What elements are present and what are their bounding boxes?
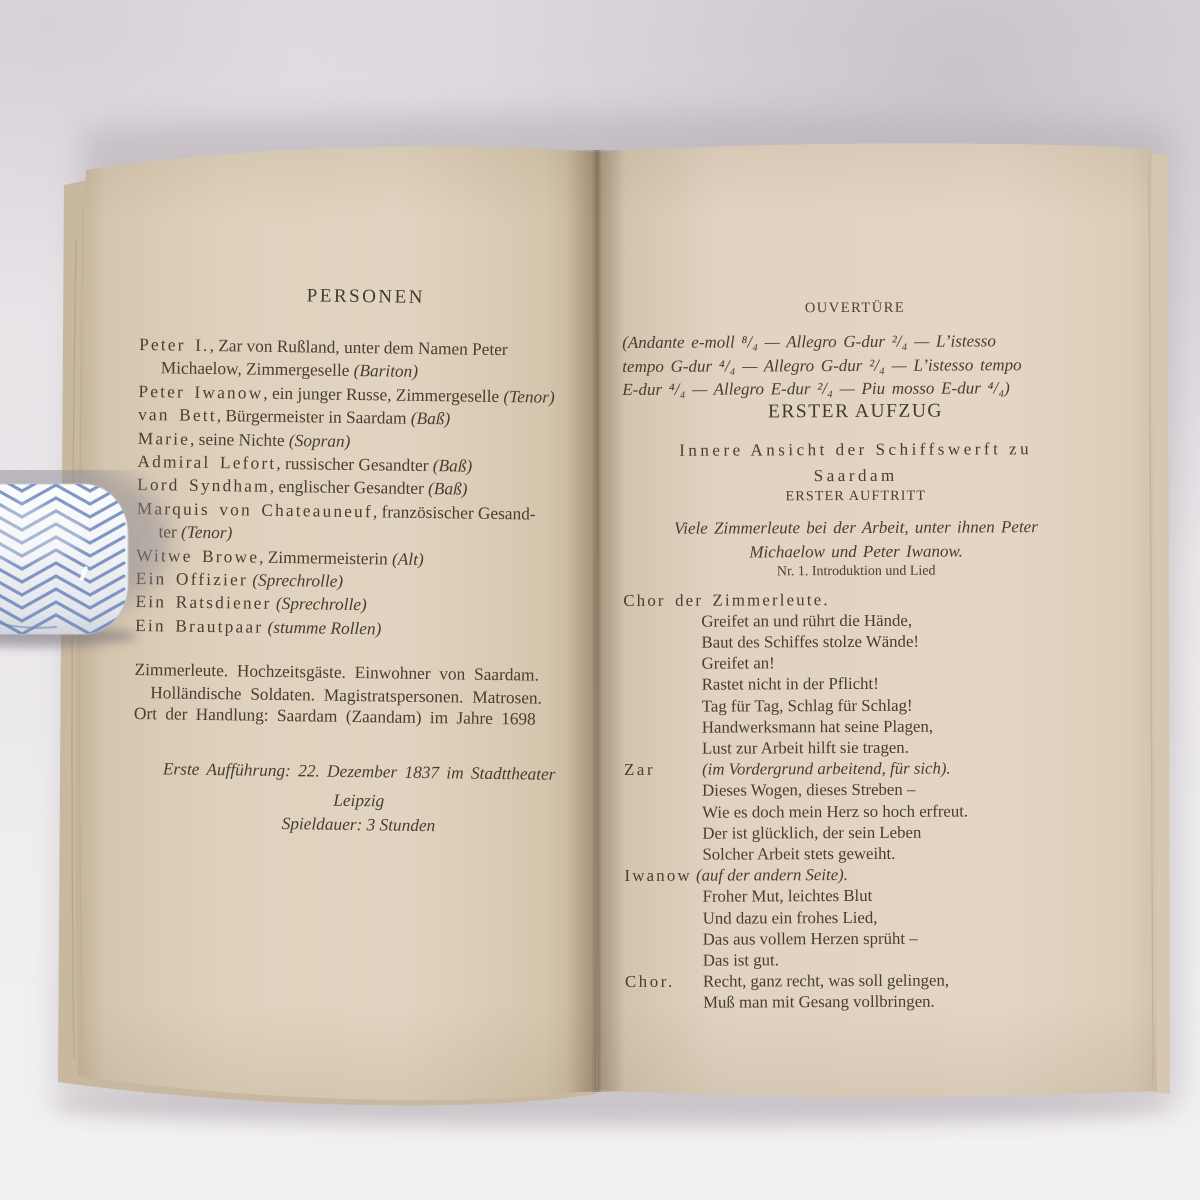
overture-line: tempo G-dur ⁴/₄ — Allegro G-dur ²/₄ — L’…	[622, 352, 1088, 378]
voice-type: (Baß)	[428, 479, 468, 499]
verse-line: Baut des Schiffes stolze Wände!	[623, 630, 1089, 653]
stage-direction-inline: (auf der andern Seite).	[696, 865, 848, 885]
overture-line: E-dur ⁴/₄ — Allegro E-dur ²/₄ — Piu moss…	[622, 376, 1088, 402]
speaker-label: Zar(im Vordergrund arbeitend, für sich).	[624, 757, 1090, 780]
overture-tempi: (Andante e-moll ⁸/₄ — Allegro G-dur ²/₄ …	[622, 329, 1088, 402]
libretto-verse: Chor der Zimmerleute. Greifet an und rüh…	[623, 587, 1091, 1013]
voice-type: (stumme Rollen)	[267, 618, 381, 639]
speaker-label: Chor der Zimmerleute.	[623, 587, 1089, 610]
role-name: Peter I.	[139, 335, 210, 355]
scene-description: Innere Ansicht der Schiffswerft zu Saard…	[623, 435, 1089, 489]
verse-line: Lust zur Arbeit hilft sie tragen.	[624, 736, 1090, 759]
verse-line: Froher Mut, leichtes Blut	[625, 884, 1091, 907]
verse-line: Greifet an und rührt die Hände,	[623, 609, 1089, 632]
right-page-text: OUVERTÜRE (Andante e-moll ⁸/₄ — Allegro …	[622, 299, 1091, 1014]
voice-type: (Baß)	[411, 409, 451, 429]
scene-line: Innere Ansicht der Schiffswerft zu	[623, 435, 1089, 463]
stage-direction: Viele Zimmerleute bei der Arbeit, unter …	[623, 514, 1089, 564]
verse-line: Wie es doch mein Herz so hoch erfreut.	[624, 799, 1090, 822]
verse-line: Greifet an!	[624, 651, 1090, 674]
speaker-label: Iwanow (auf der andern Seite).	[624, 863, 1090, 886]
stage-direction-line: Viele Zimmerleute bei der Arbeit, unter …	[623, 514, 1089, 540]
number-title: Nr. 1. Introduktion und Lied	[623, 562, 1089, 580]
verse-line: Tag für Tag, Schlag für Schlag!	[624, 693, 1090, 716]
stage-direction-line: Michaelow und Peter Iwanow.	[623, 538, 1089, 564]
verse-line: Und dazu ein frohes Lied,	[625, 906, 1091, 929]
verse-line: Rastet nicht in der Pflicht!	[624, 672, 1090, 695]
voice-type: (Tenor)	[503, 387, 554, 407]
verse-line: Das ist gut.	[625, 948, 1091, 971]
voice-type: (Bariton)	[354, 361, 419, 381]
photo-open-libretto-book: PERSONEN Peter I., Zar von Rußland, unte…	[0, 0, 1200, 1200]
voice-type: (Baß)	[433, 456, 473, 476]
voice-type: (Sprechrolle)	[276, 594, 367, 614]
voice-type: (Sopran)	[289, 431, 351, 451]
role-name: van Bett	[138, 405, 217, 425]
verse-line: Der ist glücklich, der sein Leben	[624, 821, 1090, 844]
role-name: Marie	[138, 429, 191, 449]
overture-heading: OUVERTÜRE	[622, 299, 1088, 318]
verse-line: Das aus vollem Herzen sprüht –	[625, 927, 1091, 950]
voice-type: (Alt)	[392, 549, 424, 568]
verse-line: Recht, ganz recht, was soll gelingen,	[703, 971, 949, 991]
overture-line: (Andante e-moll ⁸/₄ — Allegro G-dur ²/₄ …	[622, 329, 1088, 355]
speaker-label: Chor.Recht, ganz recht, was soll gelinge…	[625, 969, 1091, 992]
act-heading: ERSTER AUFZUG	[622, 399, 1088, 423]
verse-line: Handwerksmann hat seine Plagen,	[624, 715, 1090, 738]
premiere-note: Erste Aufführung: 22. Dezember 1837 im S…	[133, 754, 586, 818]
verse-line: Solcher Arbeit stets geweiht.	[624, 842, 1090, 865]
scene-sub-heading: ERSTER AUFTRITT	[623, 487, 1089, 505]
porcelain-chopstick-rest	[0, 470, 210, 680]
voice-type: (Sprechrolle)	[252, 571, 343, 591]
verse-line: Muß man mit Gesang vollbringen.	[625, 990, 1091, 1013]
verse-line: Dieses Wogen, dieses Streben –	[624, 778, 1090, 801]
scene-line: Saardam	[623, 461, 1089, 489]
stage-direction-inline: (im Vordergrund arbeitend, für sich).	[702, 759, 951, 779]
role-name: Peter Iwanow	[138, 382, 263, 403]
